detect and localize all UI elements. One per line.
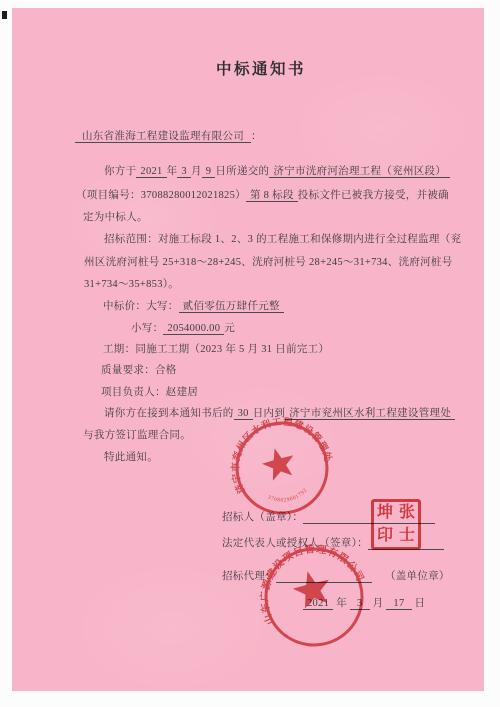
manager-line: 项目负责人：赵建居 [101, 384, 198, 399]
recipient-line: 山东省淮海工程建设监理有限公司： [75, 128, 262, 143]
bid-section: 第 8 标段 [246, 190, 298, 202]
price-figures-label: 小写： [131, 323, 163, 334]
document-title: 中标通知书 [216, 57, 306, 79]
intro-line-3: 定为中标人。 [83, 209, 148, 224]
day-unit: 日所递交的 [215, 166, 269, 177]
closing-line-2: 与我方签订监理合同。 [83, 427, 191, 442]
schedule-line: 工期：同施工工期（2023 年 5 月 31 日前完工） [103, 341, 329, 356]
price-figures-line: 小写：2054000.00元 [131, 320, 235, 335]
intro-pre: 你方于 [104, 166, 136, 177]
personal-name-seal: 坤 张 印 士 [371, 499, 421, 550]
sign-day-unit: 日 [412, 598, 429, 609]
month-unit: 月 [191, 166, 202, 177]
price-in-figures: 2054000.00 [163, 323, 224, 335]
project-number: （项目编号：37088280012021825） [76, 190, 246, 201]
currency-unit: 元 [224, 323, 235, 334]
price-in-words: 贰佰零伍万肆仟元整 [179, 301, 284, 313]
name-seal-char: 印 [374, 525, 396, 548]
closing-pre: 请你方在接到本通知书后的 [104, 408, 234, 419]
recipient-name: 山东省淮海工程建设监理有限公司 [75, 131, 251, 143]
scan-artifact [2, 11, 7, 19]
price-words-label: 中标价：大写： [103, 301, 179, 312]
scope-line-1: 招标范围：对施工标段 1、2、3 的工程施工和保修期内进行全过程监理（兖 [104, 231, 461, 246]
submit-month: 3 [177, 166, 191, 178]
project-name: 济宁市洸府河治理工程（兖州区段） [269, 166, 450, 178]
unit-seal-note: （盖单位章） [375, 571, 450, 582]
name-seal-char: 士 [396, 525, 418, 548]
price-words-line: 中标价：大写：贰佰零伍万肆仟元整 [103, 298, 284, 313]
submit-year: 2021 [136, 166, 166, 178]
intro-line-2: （项目编号：37088280012021825）第 8 标段投标文件已被我方接受… [76, 187, 449, 202]
intro-line-1: 你方于2021年3月9日所递交的济宁市洸府河治理工程（兖州区段） [104, 163, 450, 178]
year-unit: 年 [167, 166, 178, 177]
name-seal-char: 坤 [374, 502, 396, 525]
submit-day: 9 [202, 166, 216, 178]
seal-code-text: 3708829001792 [265, 484, 310, 508]
sign-day: 17 [386, 598, 411, 610]
intro-accept-text: 投标文件已被我方接受，并被确 [298, 190, 449, 201]
scope-line-2: 州区洸府河桩号 25+318～28+245、洸府河桩号 28+245～31+73… [84, 254, 453, 269]
recipient-colon: ： [251, 131, 262, 142]
scope-line-3: 31+734～35+853）。 [84, 276, 179, 291]
star-icon [259, 444, 298, 482]
star-icon [290, 567, 335, 610]
name-seal-char: 张 [396, 502, 418, 525]
notice-line: 特此通知。 [104, 449, 158, 464]
quality-line: 质量要求：合格 [101, 362, 177, 377]
scanned-page: 中标通知书 山东省淮海工程建设监理有限公司： 你方于2021年3月9日所递交的济… [0, 0, 500, 707]
days-limit: 30 [234, 408, 253, 420]
